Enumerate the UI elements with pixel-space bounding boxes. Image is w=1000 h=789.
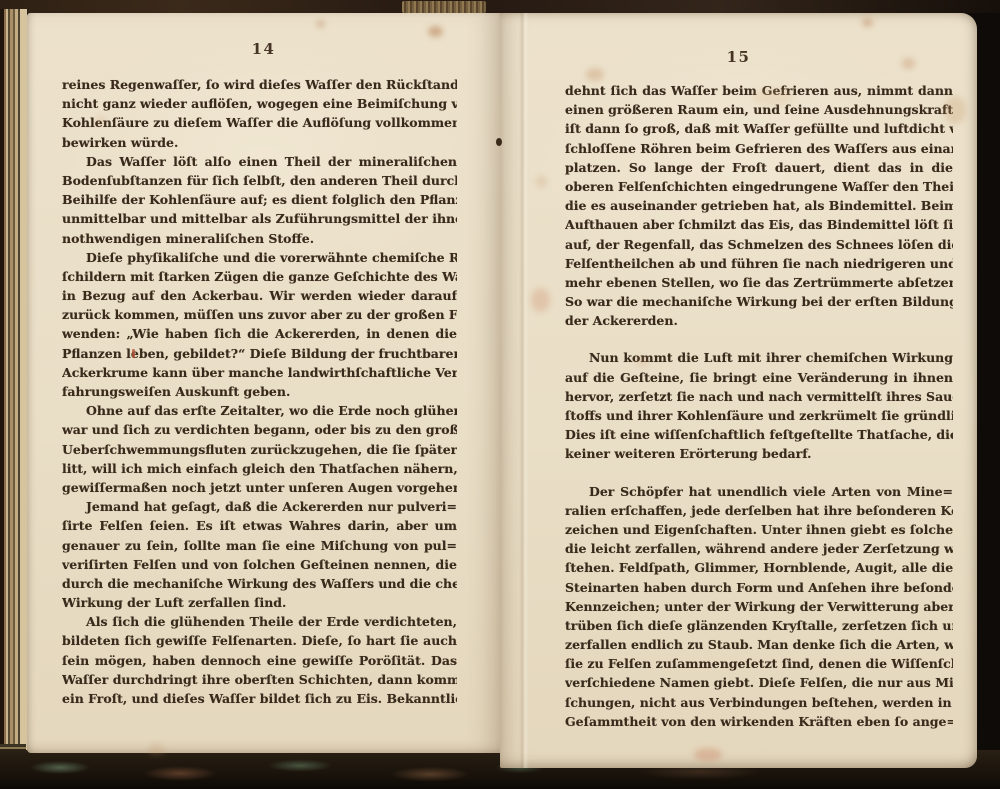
text-line: Steinarten haben durch Form und Anſehen … xyxy=(565,578,953,597)
text-line: trüben ſich dieſe glänzenden Kryſtalle, … xyxy=(565,616,953,635)
text-line: wenden: „Wie haben ſich die Ackererden, … xyxy=(62,324,457,343)
text-line: hervor, zerſetzt ſie nach und nach vermi… xyxy=(565,387,953,406)
text-line: Felſentheilchen ab und führen ſie nach n… xyxy=(565,254,953,273)
text-line: keiner weiteren Erörterung bedarf. xyxy=(565,444,953,463)
text-line: Ohne auf das erſte Zeitalter, wo die Erd… xyxy=(62,401,457,420)
text-line: ſirte Felſen ſeien. Es iſt etwas Wahres … xyxy=(62,516,457,535)
text-line: Wirkung der Luft zerfallen ſind. xyxy=(62,593,457,612)
text-line: auf die Geſteine, ſie bringt eine Veränd… xyxy=(565,368,953,387)
book-scan: 14 reines Regenwaſſer, ſo wird dieſes Wa… xyxy=(0,0,1000,789)
page-stack-left-edge xyxy=(0,9,27,757)
text-line: in Bezug auf den Ackerbau. Wir werden wi… xyxy=(62,286,457,305)
text-line: ſein mögen, haben dennoch eine gewiſſe P… xyxy=(62,651,457,670)
text-line: Kennzeichen; unter der Wirkung der Verwi… xyxy=(565,597,953,616)
text-line: zeichen und Eigenſchaften. Unter ihnen g… xyxy=(565,520,953,539)
text-line: Ueberſchwemmungsfluten zurückzugehen, di… xyxy=(62,440,457,459)
text-line: oberen Felſenſchichten eingedrungene Waſ… xyxy=(565,177,953,196)
text-line: reines Regenwaſſer, ſo wird dieſes Waſſe… xyxy=(62,75,457,94)
text-line: zerfallen endlich zu Staub. Man denke ſi… xyxy=(565,635,953,654)
text-line: zurück kommen, müſſen uns zuvor aber zu … xyxy=(62,305,457,324)
page-14: 14 reines Regenwaſſer, ſo wird dieſes Wa… xyxy=(27,13,500,753)
text-line: Nun kommt die Luft mit ihrer chemiſchen … xyxy=(565,348,953,367)
text-line: nicht ganz wieder auflöſen, wogegen eine… xyxy=(62,94,457,113)
page-head-edges xyxy=(402,1,486,13)
text-line: unmittelbar und mittelbar als Zuführungs… xyxy=(62,209,457,228)
text-line: die es auseinander getrieben hat, als Bi… xyxy=(565,196,953,215)
page-14-text: reines Regenwaſſer, ſo wird dieſes Waſſe… xyxy=(27,75,500,708)
text-line: fahrungsweiſen Auskunft geben. xyxy=(62,382,457,401)
text-line: ein Froſt, und dieſes Waſſer bildet ſich… xyxy=(62,689,457,708)
text-line: Jemand hat geſagt, daß die Ackererden nu… xyxy=(62,497,457,516)
text-line: ſie zu Felſen zuſammengeſetzt ſind, dene… xyxy=(565,654,953,673)
text-line: dehnt ſich das Waſſer beim Gefrieren aus… xyxy=(565,81,953,100)
text-line: bildeten ſich gewiſſe Felſenarten. Dieſe… xyxy=(62,631,457,650)
text-line: mehr ebenen Stellen, wo ſie das Zertrümm… xyxy=(565,273,953,292)
text-line: Als ſich die glühenden Theile der Erde v… xyxy=(62,612,457,631)
text-line: litt, will ich mich einfach gleich den T… xyxy=(62,459,457,478)
page-15-text: dehnt ſich das Waſſer beim Gefrieren aus… xyxy=(500,81,977,731)
text-line: verſchiedene Namen giebt. Dieſe Felſen, … xyxy=(565,673,953,692)
text-line: ſchloſſene Röhren beim Gefrieren des Waſ… xyxy=(565,139,953,158)
text-line: Dies iſt eine wiſſenſchaftlich feſtgeſte… xyxy=(565,425,953,444)
text-line: platzen. So lange der Froſt dauert, dien… xyxy=(565,158,953,177)
text-line: ſchildern mit ſtarken Zügen die ganze Ge… xyxy=(62,267,457,286)
text-line: auf, der Regenfall, das Schmelzen des Sc… xyxy=(565,235,953,254)
text-line: iſt dann ſo groß, daß mit Waſſer gefüllt… xyxy=(565,119,953,138)
text-line: bewirken würde. xyxy=(62,133,457,152)
paragraph-gap xyxy=(565,464,953,482)
text-line: Das Waſſer löſt alſo einen Theil der min… xyxy=(62,152,457,171)
text-line: Ackerkrume kann über manche landwirthſch… xyxy=(62,363,457,382)
text-line: ſchungen, nicht aus Verbindungen beſtehe… xyxy=(565,693,953,712)
text-line: nothwendigen mineraliſchen Stoffe. xyxy=(62,229,457,248)
text-line: Waſſer durchdringt ihre oberſten Schicht… xyxy=(62,670,457,689)
text-line: Dieſe phyſikaliſche und die vorerwähnte … xyxy=(62,248,457,267)
text-line: durch die mechaniſche Wirkung des Waſſer… xyxy=(62,574,457,593)
text-line: So war die mechaniſche Wirkung bei der e… xyxy=(565,292,953,311)
text-line: ralien erſchaffen, jede derſelben hat ih… xyxy=(565,501,953,520)
paragraph-gap xyxy=(565,330,953,348)
text-line: Geſammtheit von den wirkenden Kräften eb… xyxy=(565,712,953,731)
page-number-right: 15 xyxy=(500,49,977,66)
text-line: Kohlenſäure zu dieſem Waſſer die Auflöſu… xyxy=(62,113,457,132)
text-line: Pflanzen leben, gebildet?“ Dieſe Bildung… xyxy=(62,344,457,363)
page-15: 15 dehnt ſich das Waſſer beim Gefrieren … xyxy=(500,13,977,768)
text-line: die leicht zerfallen, während andere jed… xyxy=(565,539,953,558)
text-line: war und ſich zu verdichten begann, oder … xyxy=(62,420,457,439)
text-line: gewiſſermaßen noch jetzt unter unſeren A… xyxy=(62,478,457,497)
text-line: Beihilfe der Kohlenſäure auf; es dient f… xyxy=(62,190,457,209)
text-line: ſtehen. Feldſpath, Glimmer, Hornblende, … xyxy=(565,558,953,577)
text-line: der Ackererden. xyxy=(565,311,953,330)
text-line: veriſirten Felſen und von ſolchen Geſtei… xyxy=(62,555,457,574)
text-line: Der Schöpfer hat unendlich viele Arten v… xyxy=(565,482,953,501)
book-cover-top-edge xyxy=(0,0,1000,13)
text-line: Bodenſubſtanzen für ſich ſelbſt, den and… xyxy=(62,171,457,190)
page-number-left: 14 xyxy=(27,41,500,58)
text-line: ſtoffs und ihrer Kohlenſäure und zerkrüm… xyxy=(565,406,953,425)
text-line: Aufthauen aber ſchmilzt das Eis, das Bin… xyxy=(565,215,953,234)
text-line: einen größeren Raum ein, und ſeine Ausde… xyxy=(565,100,953,119)
text-line: genauer zu ſein, ſollte man ſie eine Miſ… xyxy=(62,536,457,555)
